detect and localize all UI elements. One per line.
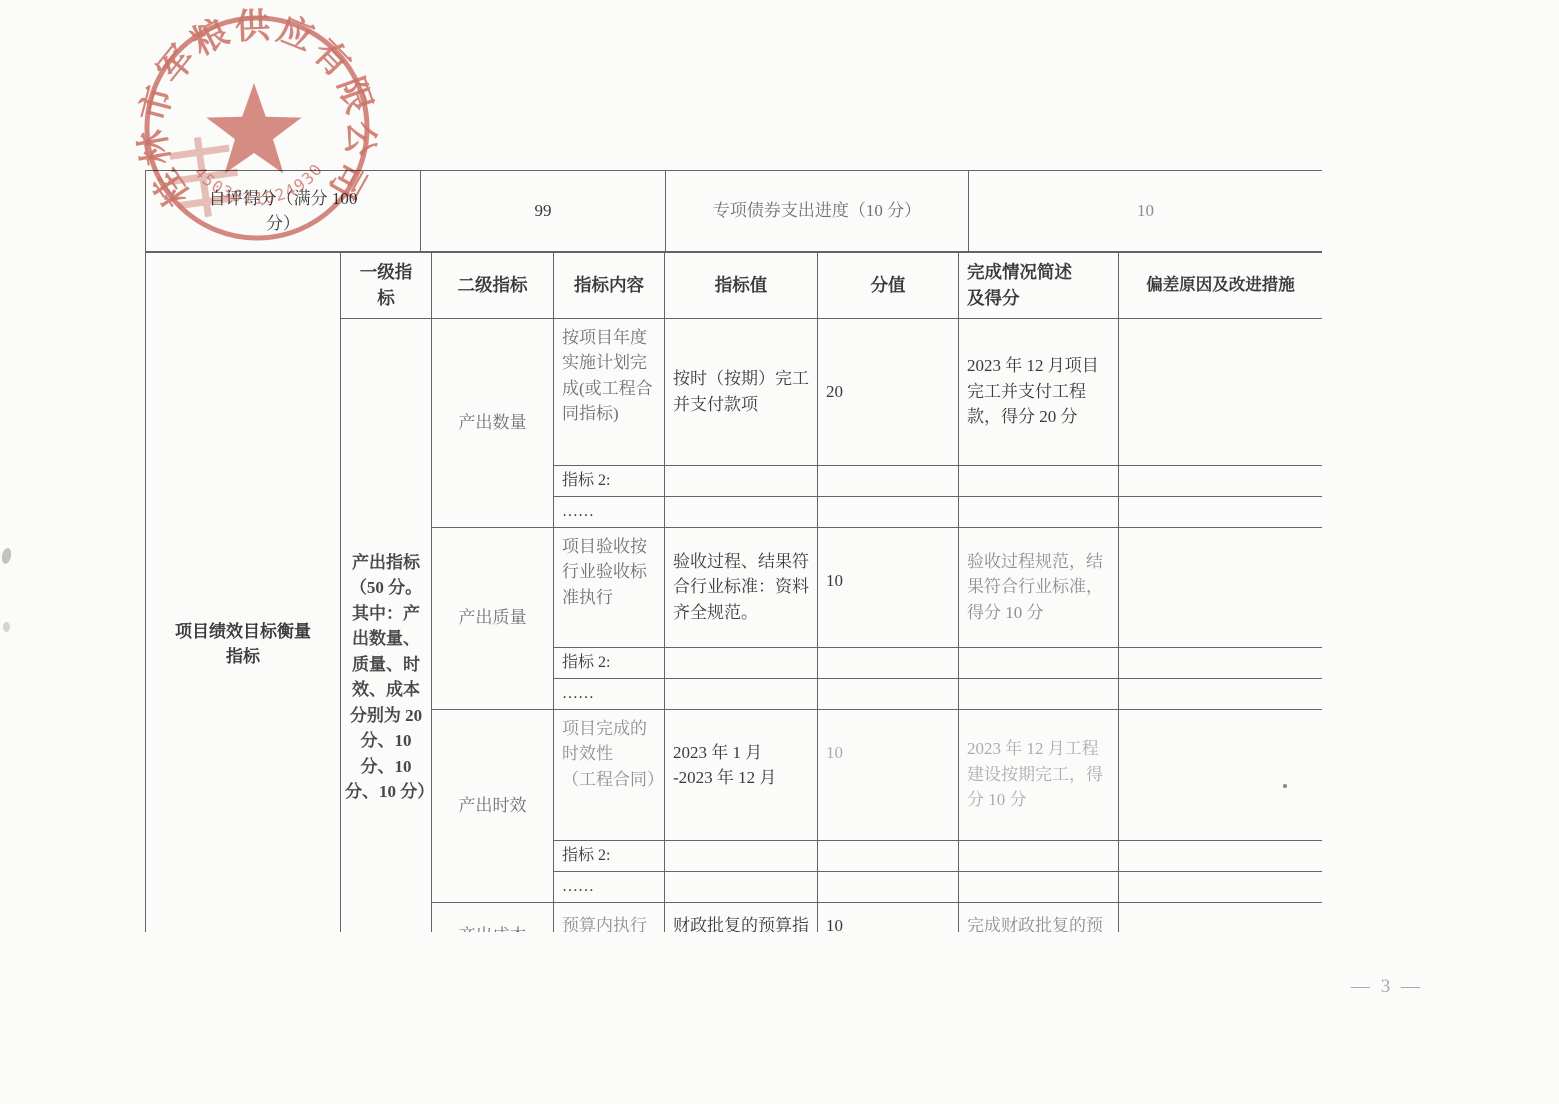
header-row: 项目绩效目标衡量 指标 一级指 标 二级指标 指标内容 指标值 分值 完成情况简…	[146, 253, 1323, 319]
evaluation-table: 自评得分（满分 100 分） 99 专项债券支出进度（10 分） 10 项目绩效…	[145, 170, 1322, 932]
deviation-cell	[1119, 678, 1323, 709]
indicator2-cell: 指标 2:	[554, 465, 665, 496]
level2-cell: 产出成本	[432, 902, 554, 932]
header-level2: 二级指标	[432, 253, 554, 319]
score-cell	[818, 678, 959, 709]
completion-cell: 2023 年 12 月工程建设按期完工，得分 10 分	[959, 709, 1119, 840]
scan-speckle	[1283, 784, 1287, 788]
indicator-table: 项目绩效目标衡量 指标 一级指 标 二级指标 指标内容 指标值 分值 完成情况简…	[145, 252, 1322, 932]
completion-cell	[959, 678, 1119, 709]
score-cell	[818, 496, 959, 527]
value-cell: 按时（按期）完工并支付款项	[665, 318, 818, 465]
value-cell: 验收过程、结果符合行业标准：资料齐全规范。	[665, 527, 818, 647]
completion-cell	[959, 647, 1119, 678]
score-cell	[818, 465, 959, 496]
level1-cell: 产出指标（50 分。其中：产出数量、质量、时效、成本分别为 20 分、10 分、…	[341, 318, 432, 932]
ellipsis-cell: ……	[554, 496, 665, 527]
header-score: 分值	[818, 253, 959, 319]
content-cell: 预算内执行(或工程	[554, 902, 665, 932]
ellipsis-cell: ……	[554, 678, 665, 709]
seal-star-icon	[206, 83, 301, 174]
completion-cell	[959, 871, 1119, 902]
score-cell	[818, 871, 959, 902]
deviation-cell	[1119, 902, 1323, 932]
score-cell: 10	[818, 527, 959, 647]
deviation-cell	[1119, 709, 1323, 840]
header-level1: 一级指 标	[341, 253, 432, 319]
score-cell: 10	[818, 902, 959, 932]
deviation-cell	[1119, 647, 1323, 678]
completion-cell	[959, 840, 1119, 871]
score-cell: 20	[818, 318, 959, 465]
value-cell	[665, 840, 818, 871]
completion-cell	[959, 465, 1119, 496]
content-cell: 项目验收按行业验收标准执行	[554, 527, 665, 647]
completion-cell	[959, 496, 1119, 527]
deviation-cell	[1119, 465, 1323, 496]
deviation-cell	[1119, 496, 1323, 527]
header-deviation: 偏差原因及改进措施	[1119, 253, 1323, 319]
value-cell	[665, 647, 818, 678]
scan-smudge	[0, 547, 12, 565]
value-cell: 财政批复的预算指标	[665, 902, 818, 932]
content-cell: 项目完成的时效性 （工程合同）	[554, 709, 665, 840]
level2-cell: 产出数量	[432, 318, 554, 527]
deviation-cell	[1119, 871, 1323, 902]
bond-progress-value: 10	[969, 171, 1323, 252]
self-score-label: 自评得分（满分 100 分）	[146, 171, 421, 252]
completion-cell: 2023 年 12 月项目完工并支付工程款，得分 20 分	[959, 318, 1119, 465]
bond-progress-label: 专项债券支出进度（10 分）	[666, 171, 969, 252]
header-value: 指标值	[665, 253, 818, 319]
self-score-value: 99	[421, 171, 666, 252]
score-summary-table: 自评得分（满分 100 分） 99 专项债券支出进度（10 分） 10	[145, 170, 1322, 252]
deviation-cell	[1119, 840, 1323, 871]
score-cell	[818, 840, 959, 871]
ellipsis-cell: ……	[554, 871, 665, 902]
level2-cell: 产出时效	[432, 709, 554, 902]
header-completion: 完成情况简述 及得分	[959, 253, 1119, 319]
value-cell	[665, 871, 818, 902]
score-cell: 10	[818, 709, 959, 840]
value-cell	[665, 465, 818, 496]
value-cell: 2023 年 1 月 -2023 年 12 月	[665, 709, 818, 840]
indicator2-cell: 指标 2:	[554, 840, 665, 871]
scan-smudge	[3, 622, 10, 632]
indicator2-cell: 指标 2:	[554, 647, 665, 678]
content-cell: 按项目年度实施计划完成(或工程合同指标)	[554, 318, 665, 465]
score-summary-row: 自评得分（满分 100 分） 99 专项债券支出进度（10 分） 10	[146, 171, 1323, 252]
score-cell	[818, 647, 959, 678]
completion-cell: 完成财政批复的预算指标，得	[959, 902, 1119, 932]
header-content: 指标内容	[554, 253, 665, 319]
page-number: — 3 —	[1332, 976, 1442, 998]
category-cell: 项目绩效目标衡量 指标	[146, 253, 341, 933]
deviation-cell	[1119, 318, 1323, 465]
deviation-cell	[1119, 527, 1323, 647]
level2-cell: 产出质量	[432, 527, 554, 709]
scanned-document-page: 自评得分（满分 100 分） 99 专项债券支出进度（10 分） 10 项目绩效…	[0, 0, 1559, 1104]
completion-cell: 验收过程规范，结果符合行业标准，得分 10 分	[959, 527, 1119, 647]
value-cell	[665, 678, 818, 709]
value-cell	[665, 496, 818, 527]
